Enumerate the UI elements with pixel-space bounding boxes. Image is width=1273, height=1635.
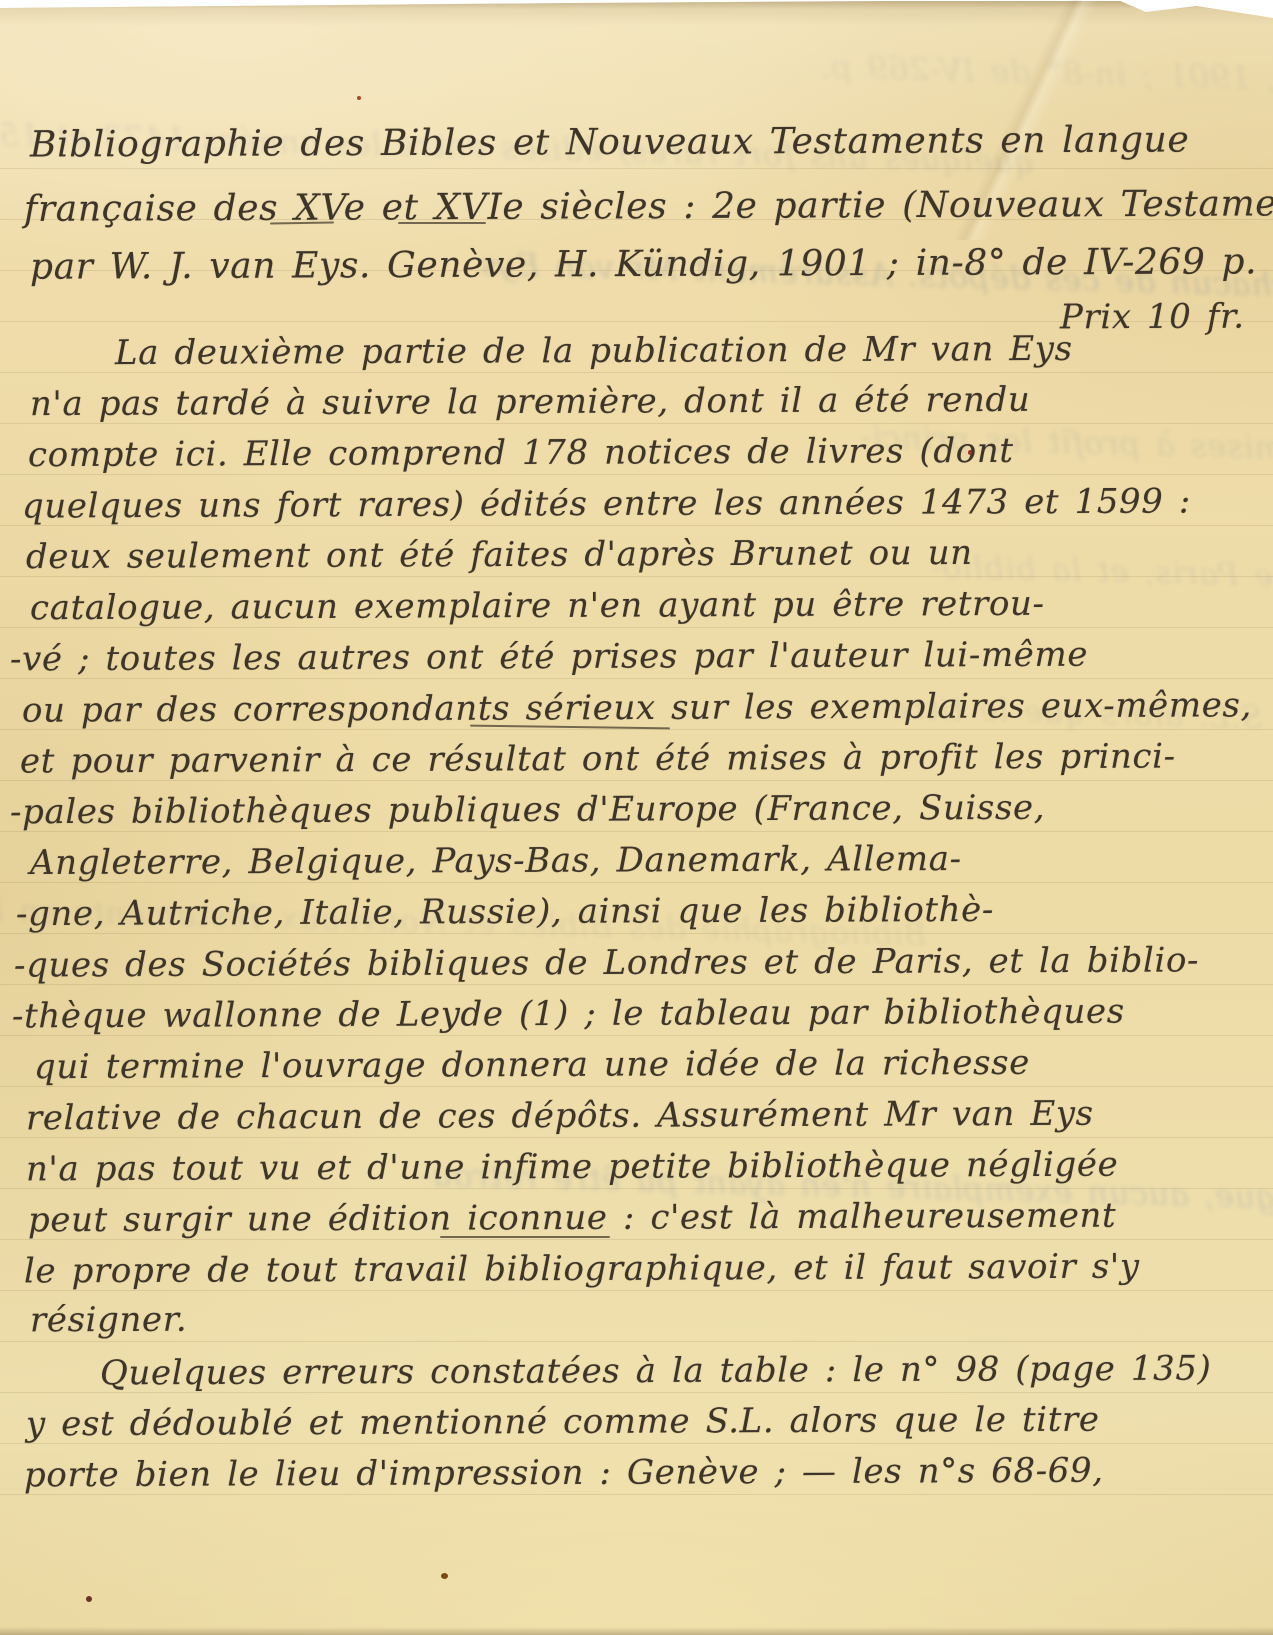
title-line-2: française des XVe et XVIe siècles : 2e p… (24, 183, 1273, 230)
ink-stain (441, 1573, 448, 1579)
para1-line-9: et pour parvenir à ce résultat ont été m… (20, 737, 1176, 781)
para1-line-17: n'a pas tout vu et d'une infime petite b… (26, 1146, 1118, 1190)
para1-line-3: compte ici. Elle comprend 178 notices de… (28, 432, 1014, 475)
paper-top-edge (0, 0, 1273, 26)
title-line-1: Bibliographie des Bibles et Nouveaux Tes… (30, 119, 1189, 165)
para1-line-10: -pales bibliothèques publiques d'Europe … (10, 789, 1045, 833)
para1-line-4: quelques uns fort rares) édités entre le… (22, 482, 1191, 526)
ink-stain (86, 1596, 92, 1602)
para1-line-11: Angleterre, Belgique, Pays-Bas, Danemark… (30, 840, 962, 883)
ink-stain (968, 450, 972, 455)
para1-line-7: -vé ; toutes les autres ont été prises p… (10, 636, 1088, 680)
para2-line-3: porte bien le lieu d'impression : Genève… (24, 1452, 1104, 1496)
para1-line-12: -gne, Autriche, Italie, Russie), ainsi q… (16, 891, 994, 934)
title-line-3: par W. J. van Eys. Genève, H. Kündig, 19… (30, 241, 1257, 288)
para1-line-20: résigner. (30, 1301, 187, 1341)
ink-underline (398, 222, 486, 224)
para1-line-15: qui termine l'ouvrage donnera une idée d… (34, 1044, 1030, 1087)
para1-line-8: ou par des correspondants sérieux sur le… (22, 686, 1252, 730)
para1-line-14: -thèque wallonne de Leyde (1) ; le table… (12, 993, 1125, 1037)
para2-line-1: Quelques erreurs constatées à la table :… (100, 1350, 1212, 1394)
ink-stain (357, 96, 361, 100)
manuscript-page: par W. J. van Eys. Genève, H. Kündig, 19… (0, 0, 1273, 1635)
para1-line-19: le propre de tout travail bibliographiqu… (24, 1248, 1140, 1292)
para2-line-2: y est dédoublé et mentionné comme S.L. a… (26, 1401, 1100, 1445)
para1-line-16: relative de chacun de ces dépôts. Assuré… (26, 1095, 1094, 1139)
para1-line-6: catalogue, aucun exemplaire n'en ayant p… (30, 585, 1045, 629)
para1-line-18: peut surgir une édition iconnue : c'est … (28, 1197, 1116, 1241)
para1-line-13: -ques des Sociétés bibliques de Londres … (14, 941, 1199, 985)
price-line: Prix 10 fr. (1060, 298, 1245, 338)
para1-line-1: La deuxième partie de la publication de … (115, 330, 1073, 373)
para1-line-5: deux seulement ont été faites d'après Br… (26, 534, 973, 577)
paper-bottom-edge (0, 1627, 1273, 1635)
para1-line-2: n'a pas tardé à suivre la première, dont… (30, 381, 1031, 424)
